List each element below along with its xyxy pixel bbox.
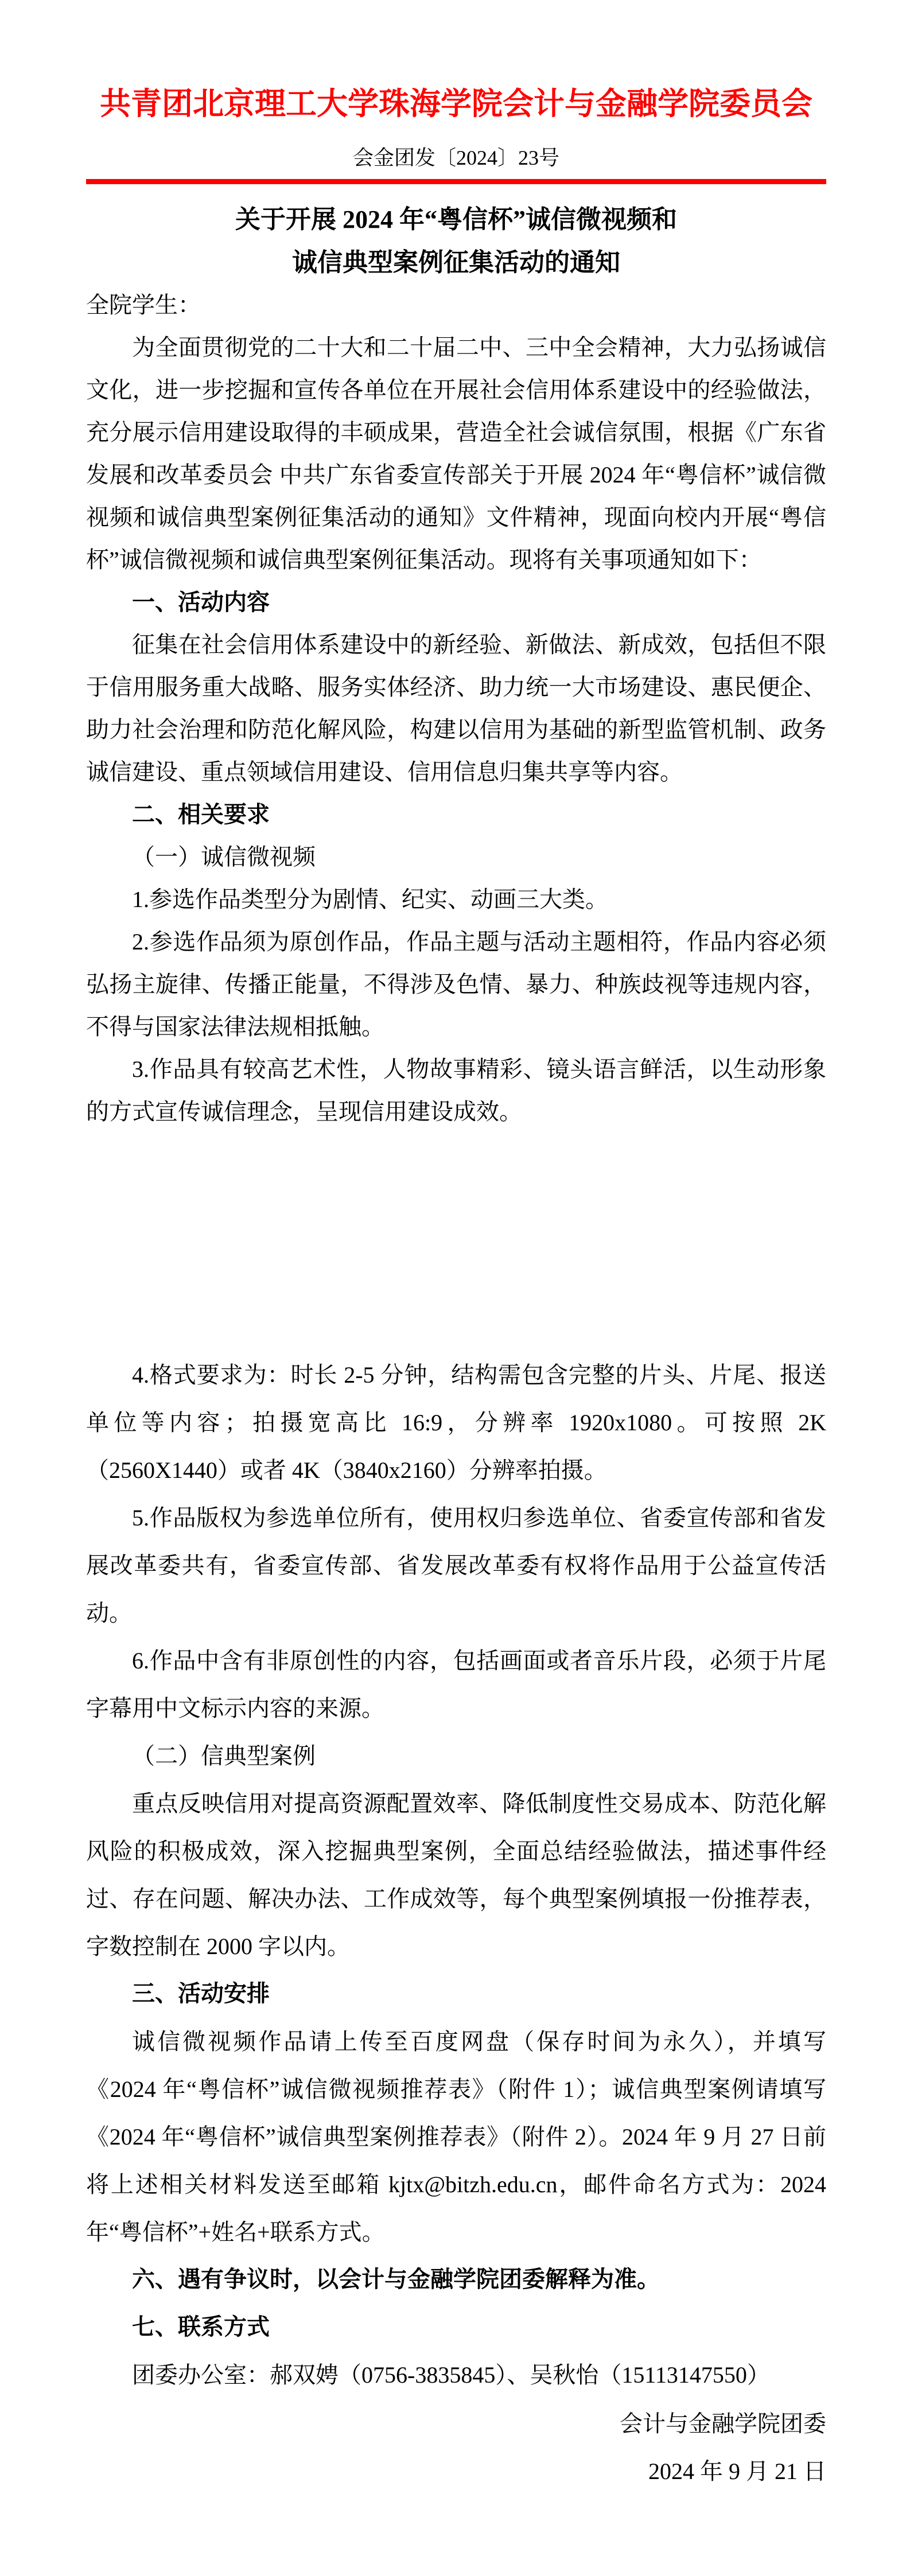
item-2: 2.参选作品须为原创作品，作品主题与活动主题相符，作品内容必须弘扬主旋律、传播正… [86, 921, 826, 1048]
salutation: 全院学生： [86, 284, 826, 326]
signer-name: 会计与金融学院团委 [86, 2400, 826, 2447]
item-4: 4.格式要求为：时长 2-5 分钟，结构需包含完整的片头、片尾、报送单位等内容；… [86, 1351, 826, 1494]
signature-block: 会计与金融学院团委 2024 年 9 月 21 日 [86, 2400, 826, 2495]
page-break-gap [86, 1133, 826, 1351]
section3-paragraph: 诚信微视频作品请上传至百度网盘（保存时间为永久），并填写《2024 年“粤信杯”… [86, 2018, 826, 2256]
sub2-paragraph: 重点反映信用对提高资源配置效率、降低制度性交易成本、防范化解风险的积极成效，深入… [86, 1780, 826, 1970]
item-3: 3.作品具有较高艺术性，人物故事精彩、镜头语言鲜活，以生动形象的方式宣传诚信理念… [86, 1048, 826, 1133]
item-1: 1.参选作品类型分为剧情、纪实、动画三大类。 [86, 878, 826, 921]
section2-heading: 二、相关要求 [86, 793, 826, 836]
section1-paragraph: 征集在社会信用体系建设中的新经验、新做法、新成效，包括但不限于信用服务重大战略、… [86, 624, 826, 793]
contact-line: 团委办公室：郝双娉（0756-3835845）、吴秋怡（15113147550） [86, 2351, 826, 2399]
sub1-heading: （一）诚信微视频 [86, 836, 826, 878]
section6-heading: 六、遇有争议时，以会计与金融学院团委解释为准。 [86, 2256, 826, 2303]
notice-document: 共青团北京理工大学珠海学院会计与金融学院委员会 会金团发〔2024〕23号 关于… [0, 0, 910, 2576]
doc-title: 关于开展 2024 年“粤信杯”诚信微视频和 诚信典型案例征集活动的通知 [86, 198, 826, 284]
sub2-heading: （二）信典型案例 [86, 1732, 826, 1780]
signature-date: 2024 年 9 月 21 日 [86, 2447, 826, 2495]
org-title: 共青团北京理工大学珠海学院会计与金融学院委员会 [86, 86, 826, 122]
doc-title-line2: 诚信典型案例征集活动的通知 [86, 241, 826, 284]
item-6: 6.作品中含有非原创性的内容，包括画面或者音乐片段，必须于片尾字幕用中文标示内容… [86, 1637, 826, 1732]
section1-heading: 一、活动内容 [86, 581, 826, 624]
doc-title-line1: 关于开展 2024 年“粤信杯”诚信微视频和 [86, 198, 826, 241]
intro-paragraph: 为全面贯彻党的二十大和二十届二中、三中全会精神，大力弘扬诚信文化，进一步挖掘和宣… [86, 326, 826, 581]
doc-number: 会金团发〔2024〕23号 [86, 146, 826, 169]
red-divider-rule [86, 179, 826, 184]
body-page-2: 4.格式要求为：时长 2-5 分钟，结构需包含完整的片头、片尾、报送单位等内容；… [86, 1351, 826, 2399]
item-5: 5.作品版权为参选单位所有，使用权归参选单位、省委宣传部和省发展改革委共有，省委… [86, 1494, 826, 1637]
section3-heading: 三、活动安排 [86, 1970, 826, 2018]
body-page-1: 全院学生： 为全面贯彻党的二十大和二十届二中、三中全会精神，大力弘扬诚信文化，进… [86, 284, 826, 1133]
section7-heading: 七、联系方式 [86, 2303, 826, 2351]
